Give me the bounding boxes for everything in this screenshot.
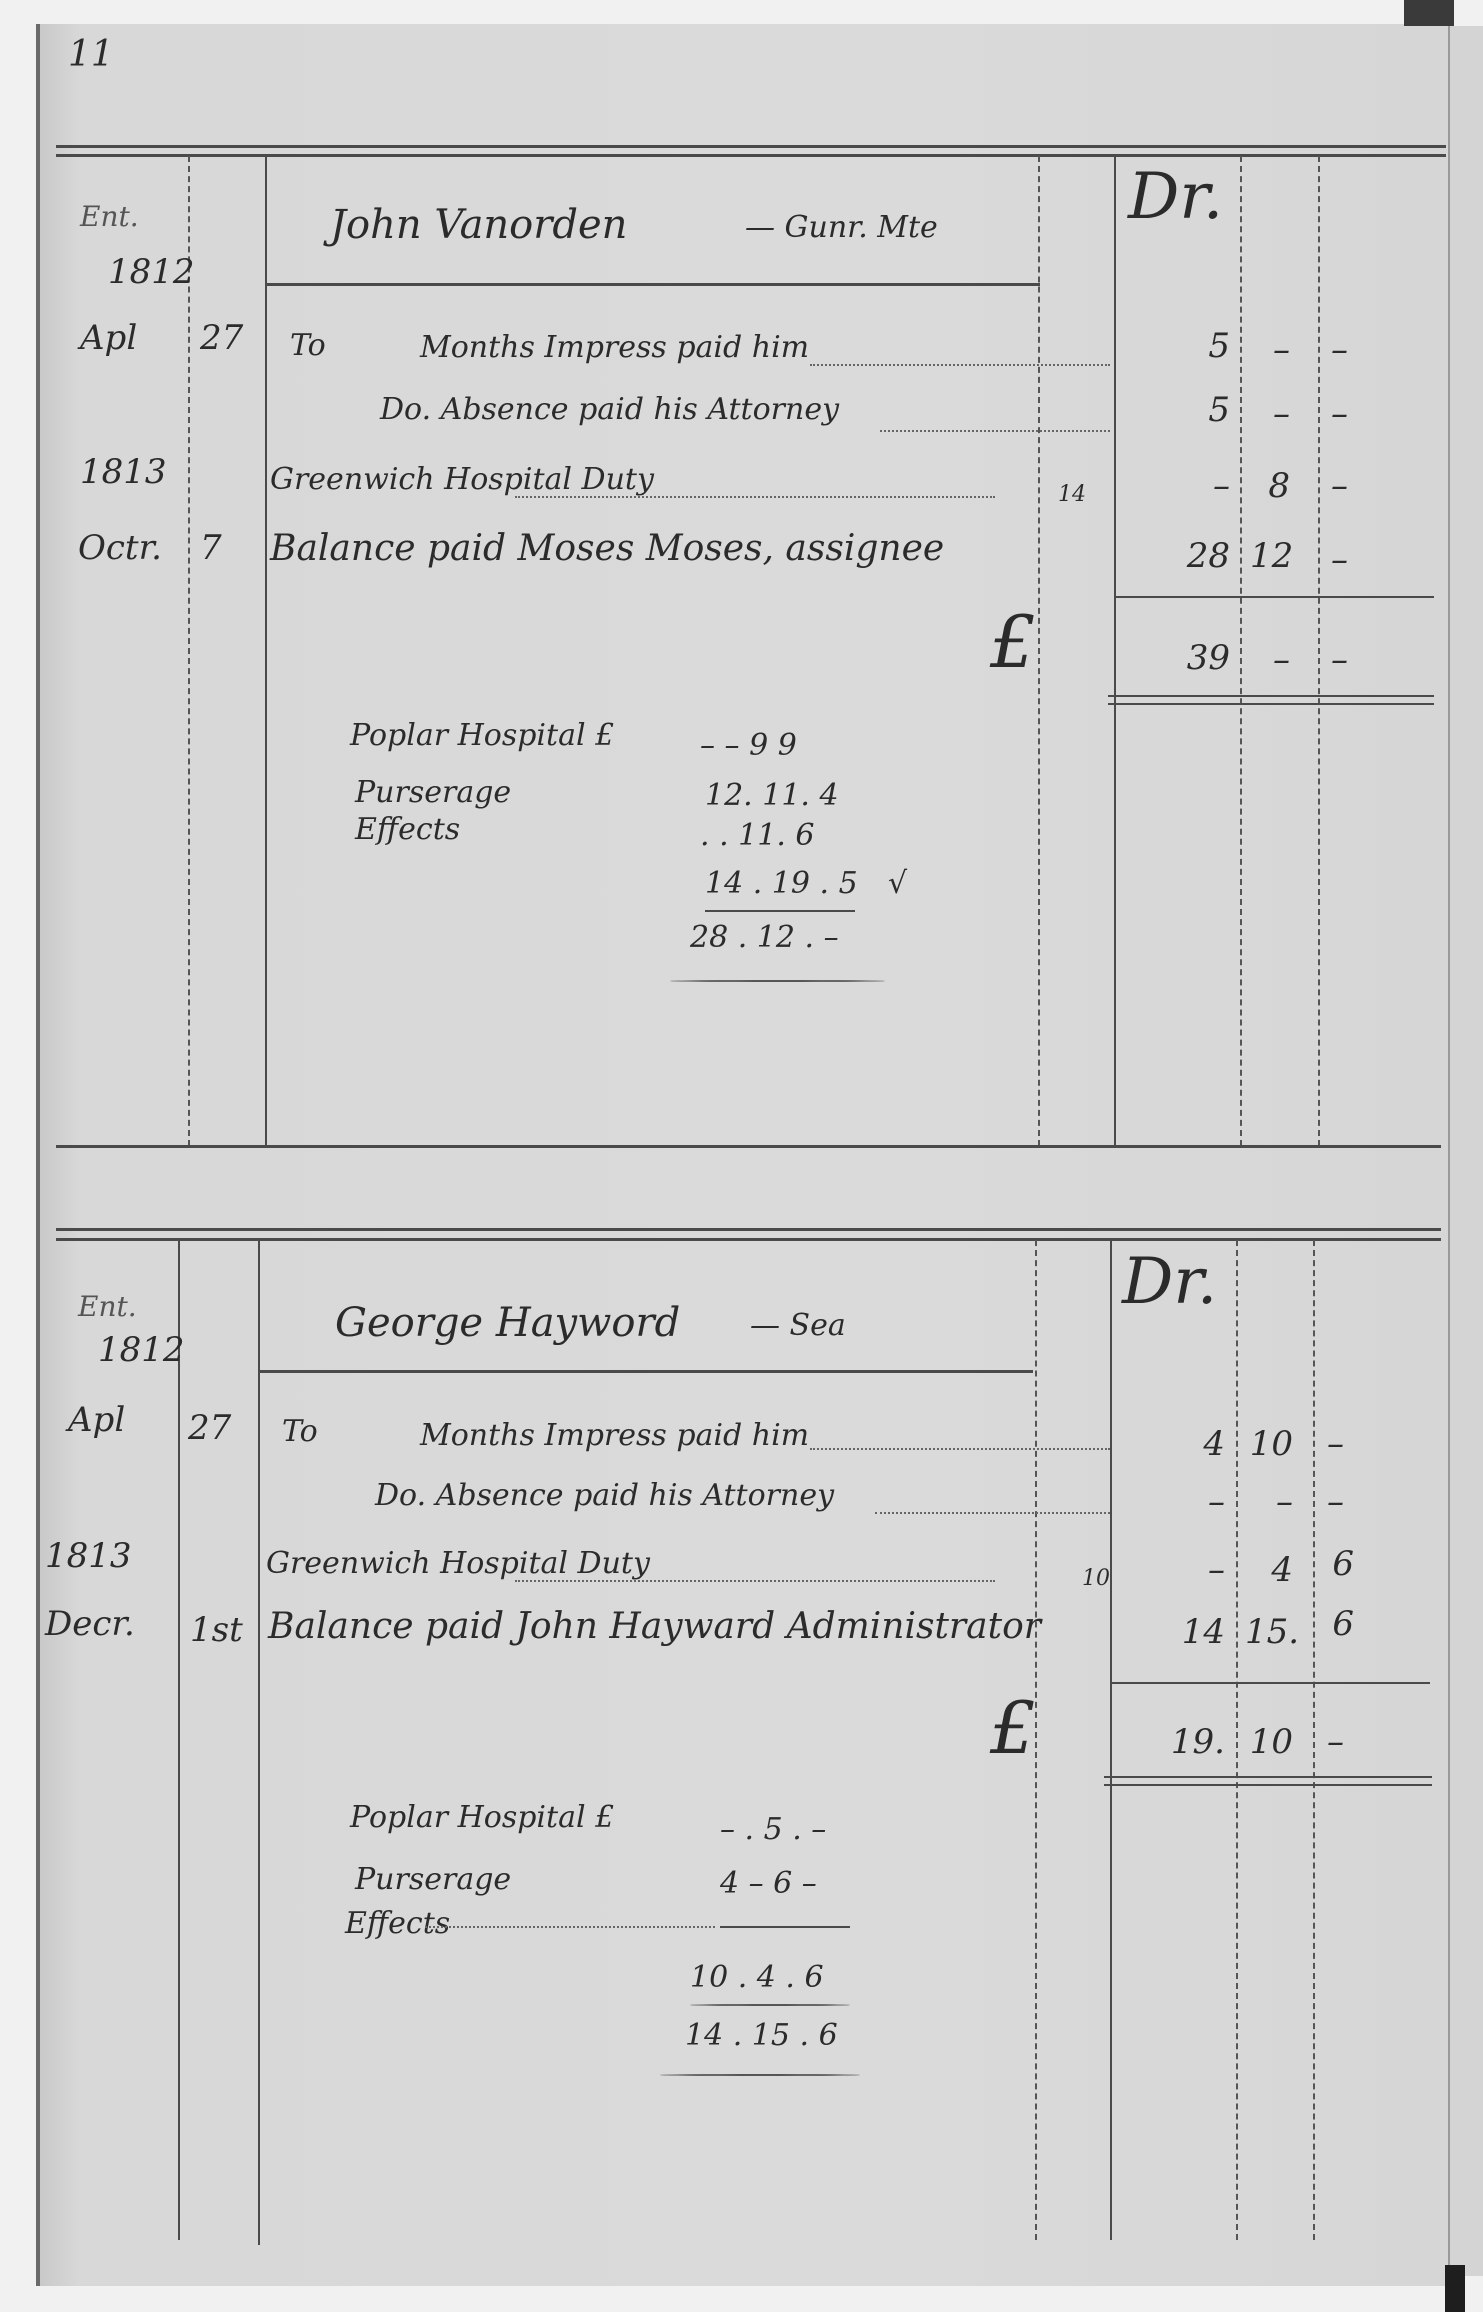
entry-shillings: – — [1250, 330, 1290, 370]
entry-pounds: – — [1130, 1550, 1225, 1590]
entered-label: Ent. — [78, 1290, 137, 1323]
entry-pence: – — [1320, 330, 1348, 370]
memo-label: Purserage — [355, 1862, 511, 1897]
column-rule-pounds — [1110, 1240, 1112, 2240]
header-rule — [265, 283, 1040, 286]
column-rule-day — [258, 1240, 260, 2245]
memo-value: 4 – 6 – — [720, 1866, 817, 1901]
entry-description: Months Impress paid him — [420, 1418, 809, 1453]
entry-shillings: 15. — [1245, 1612, 1293, 1652]
memo-value: . . 11. 6 — [700, 818, 814, 853]
entry-description: Months Impress paid him — [420, 330, 809, 365]
flourish — [660, 2074, 860, 2076]
binding-shadow-top — [1404, 0, 1454, 26]
entry-prefix: To — [290, 328, 326, 363]
account-holder-name: George Hayword — [335, 1300, 680, 1346]
entry-day: 27 — [188, 1408, 231, 1448]
memo-value: – . 5 . – — [720, 1812, 826, 1847]
entry-description: Do. Absence paid his Attorney — [380, 392, 839, 427]
leader-dots — [880, 430, 1110, 432]
entry-pounds: 4 — [1130, 1424, 1225, 1464]
entry-description: Greenwich Hospital Duty — [270, 462, 654, 497]
total-double-rule — [1108, 695, 1434, 697]
column-rule-shillings — [1236, 1240, 1238, 2240]
entry-pounds: – — [1130, 1482, 1225, 1522]
column-rule-month — [188, 156, 190, 1146]
entry-day: 7 — [200, 528, 222, 568]
entry-month: Decr. — [45, 1604, 135, 1644]
memo-subtotal: 10 . 4 . 6 — [690, 1960, 824, 1995]
column-rule-day — [265, 156, 267, 1146]
leader-dots — [515, 1580, 995, 1582]
entry-day: 27 — [200, 318, 243, 358]
column-rule-aux — [1038, 156, 1040, 1146]
debtor-label: Dr. — [1128, 160, 1223, 234]
memo-value: 12. 11. 4 — [705, 778, 839, 813]
double-rule-top — [56, 145, 1446, 148]
memo-label: Effects — [355, 812, 460, 847]
entry-description: Balance paid Moses Moses, assignee — [270, 528, 944, 569]
column-rule-month — [178, 1240, 180, 2240]
folio-number: 11 — [68, 34, 114, 75]
memo-label: Purserage — [355, 775, 511, 810]
entry-pence: – — [1320, 466, 1348, 506]
entry-shillings: 12 — [1250, 536, 1290, 576]
entry-month: Apl — [80, 318, 137, 358]
memo-label: Poplar Hospital £ — [350, 1800, 614, 1835]
leader-dots — [810, 364, 1110, 366]
entry-pounds: 14 — [1130, 1612, 1225, 1652]
entry-shillings: – — [1250, 394, 1290, 434]
entry-description: Balance paid John Hayward Administrator — [268, 1606, 1041, 1647]
facing-page-edge — [1448, 26, 1483, 2276]
entry-aux-value: 14 — [1058, 482, 1086, 507]
debtor-label: Dr. — [1122, 1245, 1217, 1319]
memo-label: Effects — [345, 1906, 450, 1941]
total-pence: – — [1320, 640, 1348, 680]
total-double-rule — [1104, 1784, 1432, 1786]
entry-day: 1st — [190, 1610, 243, 1650]
entered-year: 1812 — [108, 252, 195, 292]
entry-shillings: 8 — [1250, 466, 1290, 506]
entered-year: 1812 — [98, 1330, 185, 1370]
entry-pounds: 28 — [1140, 536, 1230, 576]
column-rule-pounds — [1114, 156, 1116, 1146]
entry-pence: 6 — [1314, 1604, 1354, 1644]
account-holder-rank: — Sea — [750, 1308, 846, 1343]
total-pounds: 39 — [1140, 638, 1230, 678]
flourish — [690, 2004, 850, 2006]
entry-pence: – — [1320, 394, 1348, 434]
entry-year: 1813 — [80, 452, 167, 492]
entry-shillings: 10 — [1245, 1424, 1293, 1464]
memo-value: – – 9 9 — [700, 728, 797, 763]
memo-rule — [720, 1926, 850, 1928]
entry-prefix: To — [282, 1414, 318, 1449]
total-rule — [1110, 1682, 1430, 1684]
entry-month: Apl — [68, 1400, 125, 1440]
total-double-rule — [1108, 703, 1434, 705]
leader-dots — [810, 1448, 1110, 1450]
entry-description: Greenwich Hospital Duty — [266, 1546, 650, 1581]
entry-aux-value: 10 — [1082, 1566, 1110, 1591]
account-holder-rank: — Gunr. Mte — [745, 210, 938, 245]
leader-dots — [875, 1512, 1110, 1514]
entry-year: 1813 — [45, 1536, 132, 1576]
section-bottom-rule — [56, 1145, 1441, 1148]
entry-shillings: 4 — [1245, 1550, 1293, 1590]
memo-label: Poplar Hospital £ — [350, 718, 614, 753]
memo-subtotal: 14 . 19 . 5 — [705, 866, 858, 901]
entry-pence: – — [1314, 1424, 1344, 1464]
entry-pence: – — [1314, 1482, 1344, 1522]
header-rule — [258, 1370, 1033, 1373]
total-shillings: 10 — [1245, 1722, 1293, 1762]
pound-sign: £ — [990, 1686, 1036, 1770]
memo-total: 28 . 12 . – — [690, 920, 839, 955]
leader-dots — [515, 496, 995, 498]
leader-dots — [425, 1926, 715, 1928]
total-rule — [1114, 596, 1434, 598]
total-double-rule — [1104, 1776, 1432, 1778]
total-pounds: 19. — [1130, 1722, 1225, 1762]
flourish — [670, 980, 885, 982]
entry-pence: – — [1320, 540, 1348, 580]
entered-label: Ent. — [80, 200, 139, 233]
binding-shadow-bottom — [1445, 2265, 1465, 2312]
entry-description: Do. Absence paid his Attorney — [375, 1478, 834, 1513]
entry-month: Octr. — [78, 528, 162, 568]
entry-pounds: 5 — [1140, 390, 1230, 430]
memo-total: 14 . 15 . 6 — [685, 2018, 838, 2053]
entry-pence: 6 — [1314, 1544, 1354, 1584]
double-rule-top — [56, 1228, 1441, 1231]
pound-sign: £ — [990, 600, 1036, 684]
check-mark: √ — [888, 866, 907, 901]
entry-pounds: – — [1140, 466, 1230, 506]
total-shillings: – — [1250, 640, 1290, 680]
memo-rule — [705, 910, 855, 912]
column-rule-shillings — [1240, 156, 1242, 1146]
entry-pounds: 5 — [1140, 326, 1230, 366]
total-pence: – — [1314, 1722, 1344, 1762]
double-rule-top — [56, 1238, 1441, 1241]
entry-shillings: – — [1245, 1482, 1293, 1522]
account-holder-name: John Vanorden — [330, 202, 627, 248]
